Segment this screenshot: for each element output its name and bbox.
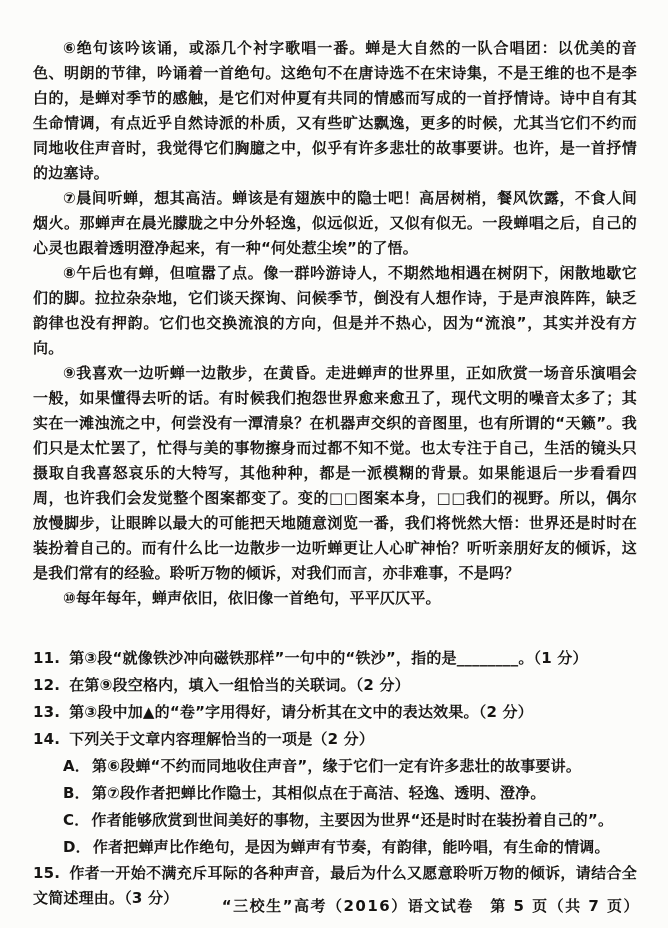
question-text: 下列关于文章内容理解恰当的一项是（2 分）	[69, 730, 374, 748]
paragraph-text: 绝句该吟该诵，或添几个衬字歌唱一番。蝉是大自然的一队合唱团：以优美的音色、明朗的…	[33, 39, 637, 182]
paragraph-marker: ⑥	[63, 39, 77, 57]
question-number: 15.	[33, 864, 60, 882]
question-11: 11.第③段“就像铁沙冲向磁铁那样”一句中的“铁沙”，指的是________。（…	[33, 645, 637, 672]
option-label: A．	[63, 757, 90, 775]
question-number: 12.	[33, 676, 60, 694]
question-14: 14.下列关于文章内容理解恰当的一项是（2 分）	[33, 726, 637, 753]
page-content: ⑥绝句该吟该诵，或添几个衬字歌唱一番。蝉是大自然的一队合唱团：以优美的音色、明朗…	[33, 36, 637, 911]
paragraph-marker: ⑧	[63, 264, 76, 282]
paragraph-text: 晨间听蝉，想其高洁。蝉该是有翅族中的隐士吧！高居树梢，餐风饮露，不食人间烟火。那…	[33, 189, 637, 257]
question-number: 13.	[33, 703, 60, 721]
option-label: B．	[63, 784, 90, 802]
question-13: 13.第③段中加▲的“卷”字用得好，请分析其在文中的表达效果。（2 分）	[33, 699, 637, 726]
question-14-option-d: D．作者把蝉声比作绝句，是因为蝉声有节奏，有韵律，能吟唱，有生命的情调。	[33, 834, 637, 861]
footer-text: “三校生”高考（2016）语文试卷 第 5 页（共 7 页）	[222, 897, 640, 915]
option-text: 第⑥段蝉“不约而同地收住声音”，缘于它们一定有许多悲壮的故事要讲。	[92, 757, 581, 775]
page-footer: “三校生”高考（2016）语文试卷 第 5 页（共 7 页）	[222, 895, 640, 916]
passage-paragraph-9: ⑨我喜欢一边听蝉一边散步，在黄昏。走进蝉声的世界里，正如欣赏一场音乐演唱会一般，…	[33, 361, 637, 586]
question-number: 14.	[33, 730, 60, 748]
question-section: 11.第③段“就像铁沙冲向磁铁那样”一句中的“铁沙”，指的是________。（…	[33, 645, 637, 911]
option-text: 作者把蝉声比作绝句，是因为蝉声有节奏，有韵律，能吟唱，有生命的情调。	[93, 838, 610, 856]
option-label: D．	[63, 838, 91, 856]
paragraph-marker: ⑩	[63, 589, 76, 607]
paragraph-text: 我喜欢一边听蝉一边散步，在黄昏。走进蝉声的世界里，正如欣赏一场音乐演唱会一般，如…	[33, 364, 637, 582]
paragraph-marker: ⑨	[63, 364, 76, 382]
paragraph-text: 午后也有蝉，但喧嚣了点。像一群吟游诗人，不期然地相遇在树阴下，闲散地歇它们的脚。…	[33, 264, 637, 357]
question-14-option-c: C．作者能够欣赏到世间美好的事物，主要因为世界“还是时时在装扮着自己的”。	[33, 807, 637, 834]
paragraph-marker: ⑦	[63, 189, 76, 207]
passage-paragraph-6: ⑥绝句该吟该诵，或添几个衬字歌唱一番。蝉是大自然的一队合唱团：以优美的音色、明朗…	[33, 36, 637, 186]
option-text: 作者能够欣赏到世间美好的事物，主要因为世界“还是时时在装扮着自己的”。	[91, 811, 613, 829]
option-text: 第⑦段作者把蝉比作隐士，其相似点在于高洁、轻逸、透明、澄净。	[92, 784, 546, 802]
question-text: 第③段中加▲的“卷”字用得好，请分析其在文中的表达效果。（2 分）	[69, 703, 533, 721]
exam-page: ⑥绝句该吟该诵，或添几个衬字歌唱一番。蝉是大自然的一队合唱团：以优美的音色、明朗…	[0, 0, 668, 928]
option-label: C．	[63, 811, 89, 829]
question-14-option-b: B．第⑦段作者把蝉比作隐士，其相似点在于高洁、轻逸、透明、澄净。	[33, 780, 637, 807]
question-text: 在第⑨段空格内，填入一组恰当的关联词。（2 分）	[69, 676, 410, 694]
question-text: 第③段“就像铁沙冲向磁铁那样”一句中的“铁沙”，指的是________。（1 分…	[69, 649, 588, 667]
question-12: 12.在第⑨段空格内，填入一组恰当的关联词。（2 分）	[33, 672, 637, 699]
passage-paragraph-10: ⑩每年每年，蝉声依旧，依旧像一首绝句，平平仄仄平。	[33, 586, 637, 611]
paragraph-text: 每年每年，蝉声依旧，依旧像一首绝句，平平仄仄平。	[76, 589, 441, 607]
question-14-option-a: A．第⑥段蝉“不约而同地收住声音”，缘于它们一定有许多悲壮的故事要讲。	[33, 753, 637, 780]
reading-passage: ⑥绝句该吟该诵，或添几个衬字歌唱一番。蝉是大自然的一队合唱团：以优美的音色、明朗…	[33, 36, 637, 611]
question-number: 11.	[33, 649, 60, 667]
passage-paragraph-8: ⑧午后也有蝉，但喧嚣了点。像一群吟游诗人，不期然地相遇在树阴下，闲散地歇它们的脚…	[33, 261, 637, 361]
passage-paragraph-7: ⑦晨间听蝉，想其高洁。蝉该是有翅族中的隐士吧！高居树梢，餐风饮露，不食人间烟火。…	[33, 186, 637, 261]
